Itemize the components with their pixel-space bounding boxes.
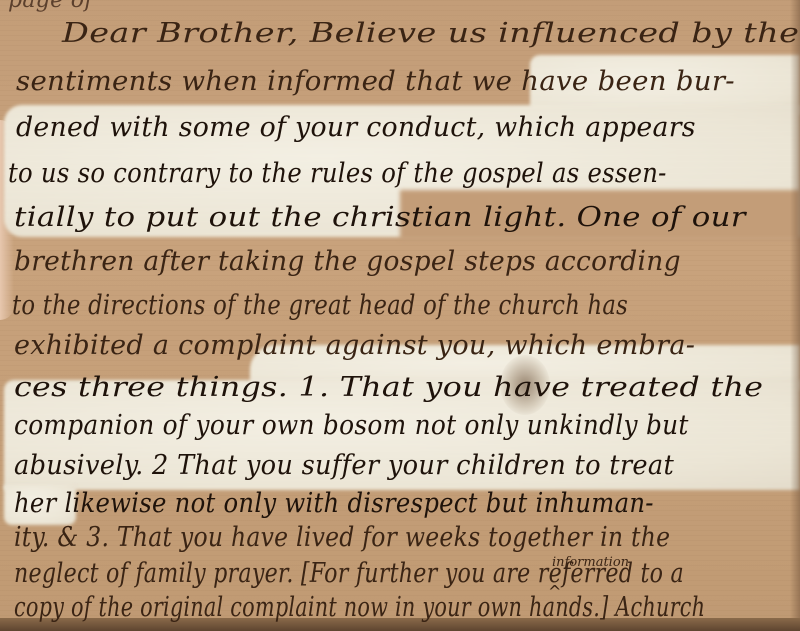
manuscript-page: page of Dear Brother, Believe us influen… xyxy=(0,0,800,631)
letter-line-13: ity. & 3. That you have lived for weeks … xyxy=(14,522,670,553)
letter-line-2: sentiments when informed that we have be… xyxy=(16,66,735,97)
letter-line-5: tially to put out the christian light. O… xyxy=(14,202,746,233)
letter-line-1: Dear Brother, Believe us influenced by t… xyxy=(62,18,800,49)
letter-line-7: to the directions of the great head of t… xyxy=(12,290,628,321)
insertion-caret: ^ xyxy=(548,582,561,601)
letter-line-9: ces three things. 1. That you have treat… xyxy=(14,372,763,403)
letter-line-11: abusively. 2 That you suffer your childr… xyxy=(14,450,674,481)
letter-line-10: companion of your own bosom not only unk… xyxy=(14,410,689,441)
interlinear-insertion: information xyxy=(552,555,629,570)
page-right-edge xyxy=(790,0,800,631)
letter-line-3: dened with some of your conduct, which a… xyxy=(16,112,696,143)
letter-line-6: brethren after taking the gospel steps a… xyxy=(14,246,681,277)
letter-line-4: to us so contrary to the rules of the go… xyxy=(8,158,667,189)
letter-line-12: her likewise not only with disrespect bu… xyxy=(14,488,654,519)
letter-line-15: copy of the original complaint now in yo… xyxy=(14,592,705,623)
letter-line-8: exhibited a complaint against you, which… xyxy=(14,330,695,361)
header-fragment: page of xyxy=(8,0,93,13)
